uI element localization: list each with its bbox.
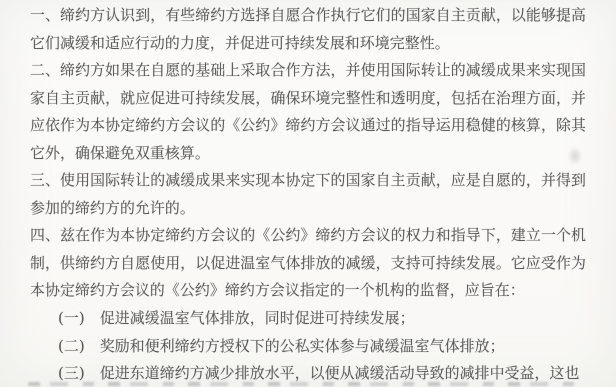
list-item-number: (二) bbox=[58, 333, 85, 361]
list-item-number: (三) bbox=[58, 360, 85, 387]
scanned-document-page: 一、缔约方认识到，有些缔约方选择自愿合作执行它们的国家自主贡献，以能够提高它们减… bbox=[0, 0, 616, 387]
list-item: (三)促进东道缔约方减少排放水平，以便从减缓活动导致的减排中受益，这也 bbox=[30, 360, 586, 387]
text-line: 它们减缓和适应行动的力度，并促进可持续发展和环境完整性。 bbox=[30, 30, 586, 58]
document-text-block: 一、缔约方认识到，有些缔约方选择自愿合作执行它们的国家自主贡献，以能够提高它们减… bbox=[30, 2, 586, 387]
text-line: 参加的缔约方的允许的。 bbox=[30, 195, 586, 223]
text-line: 家自主贡献，就应促进可持续发展，确保环境完整性和透明度，包括在治理方面，并 bbox=[30, 85, 586, 113]
text-line: 二、缔约方如果在自愿的基础上采取合作方法，并使用国际转让的减缓成果来实现国 bbox=[30, 57, 586, 85]
list-item-text: 促进东道缔约方减少排放水平，以便从减缓活动导致的减排中受益，这也 bbox=[100, 364, 580, 382]
list-item-text: 奖励和便利缔约方授权下的公私实体参与减缓温室气体排放； bbox=[100, 337, 505, 355]
list-item-number: (一) bbox=[58, 305, 85, 333]
text-line: 本协定缔约方会议的《公约》缔约方会议指定的一个机构的监督，应旨在： bbox=[30, 277, 586, 305]
text-line: 四、兹在作为本协定缔约方会议的《公约》缔约方会议的权力和指导下，建立一个机 bbox=[30, 222, 586, 250]
list-item: (二)奖励和便利缔约方授权下的公私实体参与减缓温室气体排放； bbox=[30, 333, 586, 361]
list-item-text: 促进减缓温室气体排放，同时促进可持续发展； bbox=[100, 309, 415, 327]
text-line: 制，供缔约方自愿使用，以促进温室气体排放的减缓，支持可持续发展。它应受作为 bbox=[30, 250, 586, 278]
text-line: 一、缔约方认识到，有些缔约方选择自愿合作执行它们的国家自主贡献，以能够提高 bbox=[30, 2, 586, 30]
text-line: 三、使用国际转让的减缓成果来实现本协定下的国家自主贡献，应是自愿的，并得到 bbox=[30, 167, 586, 195]
text-line: 它外，确保避免双重核算。 bbox=[30, 140, 586, 168]
list-item: (一)促进减缓温室气体排放，同时促进可持续发展； bbox=[30, 305, 586, 333]
text-line: 应依作为本协定缔约方会议的《公约》缔约方会议通过的指导运用稳健的核算，除其 bbox=[30, 112, 586, 140]
